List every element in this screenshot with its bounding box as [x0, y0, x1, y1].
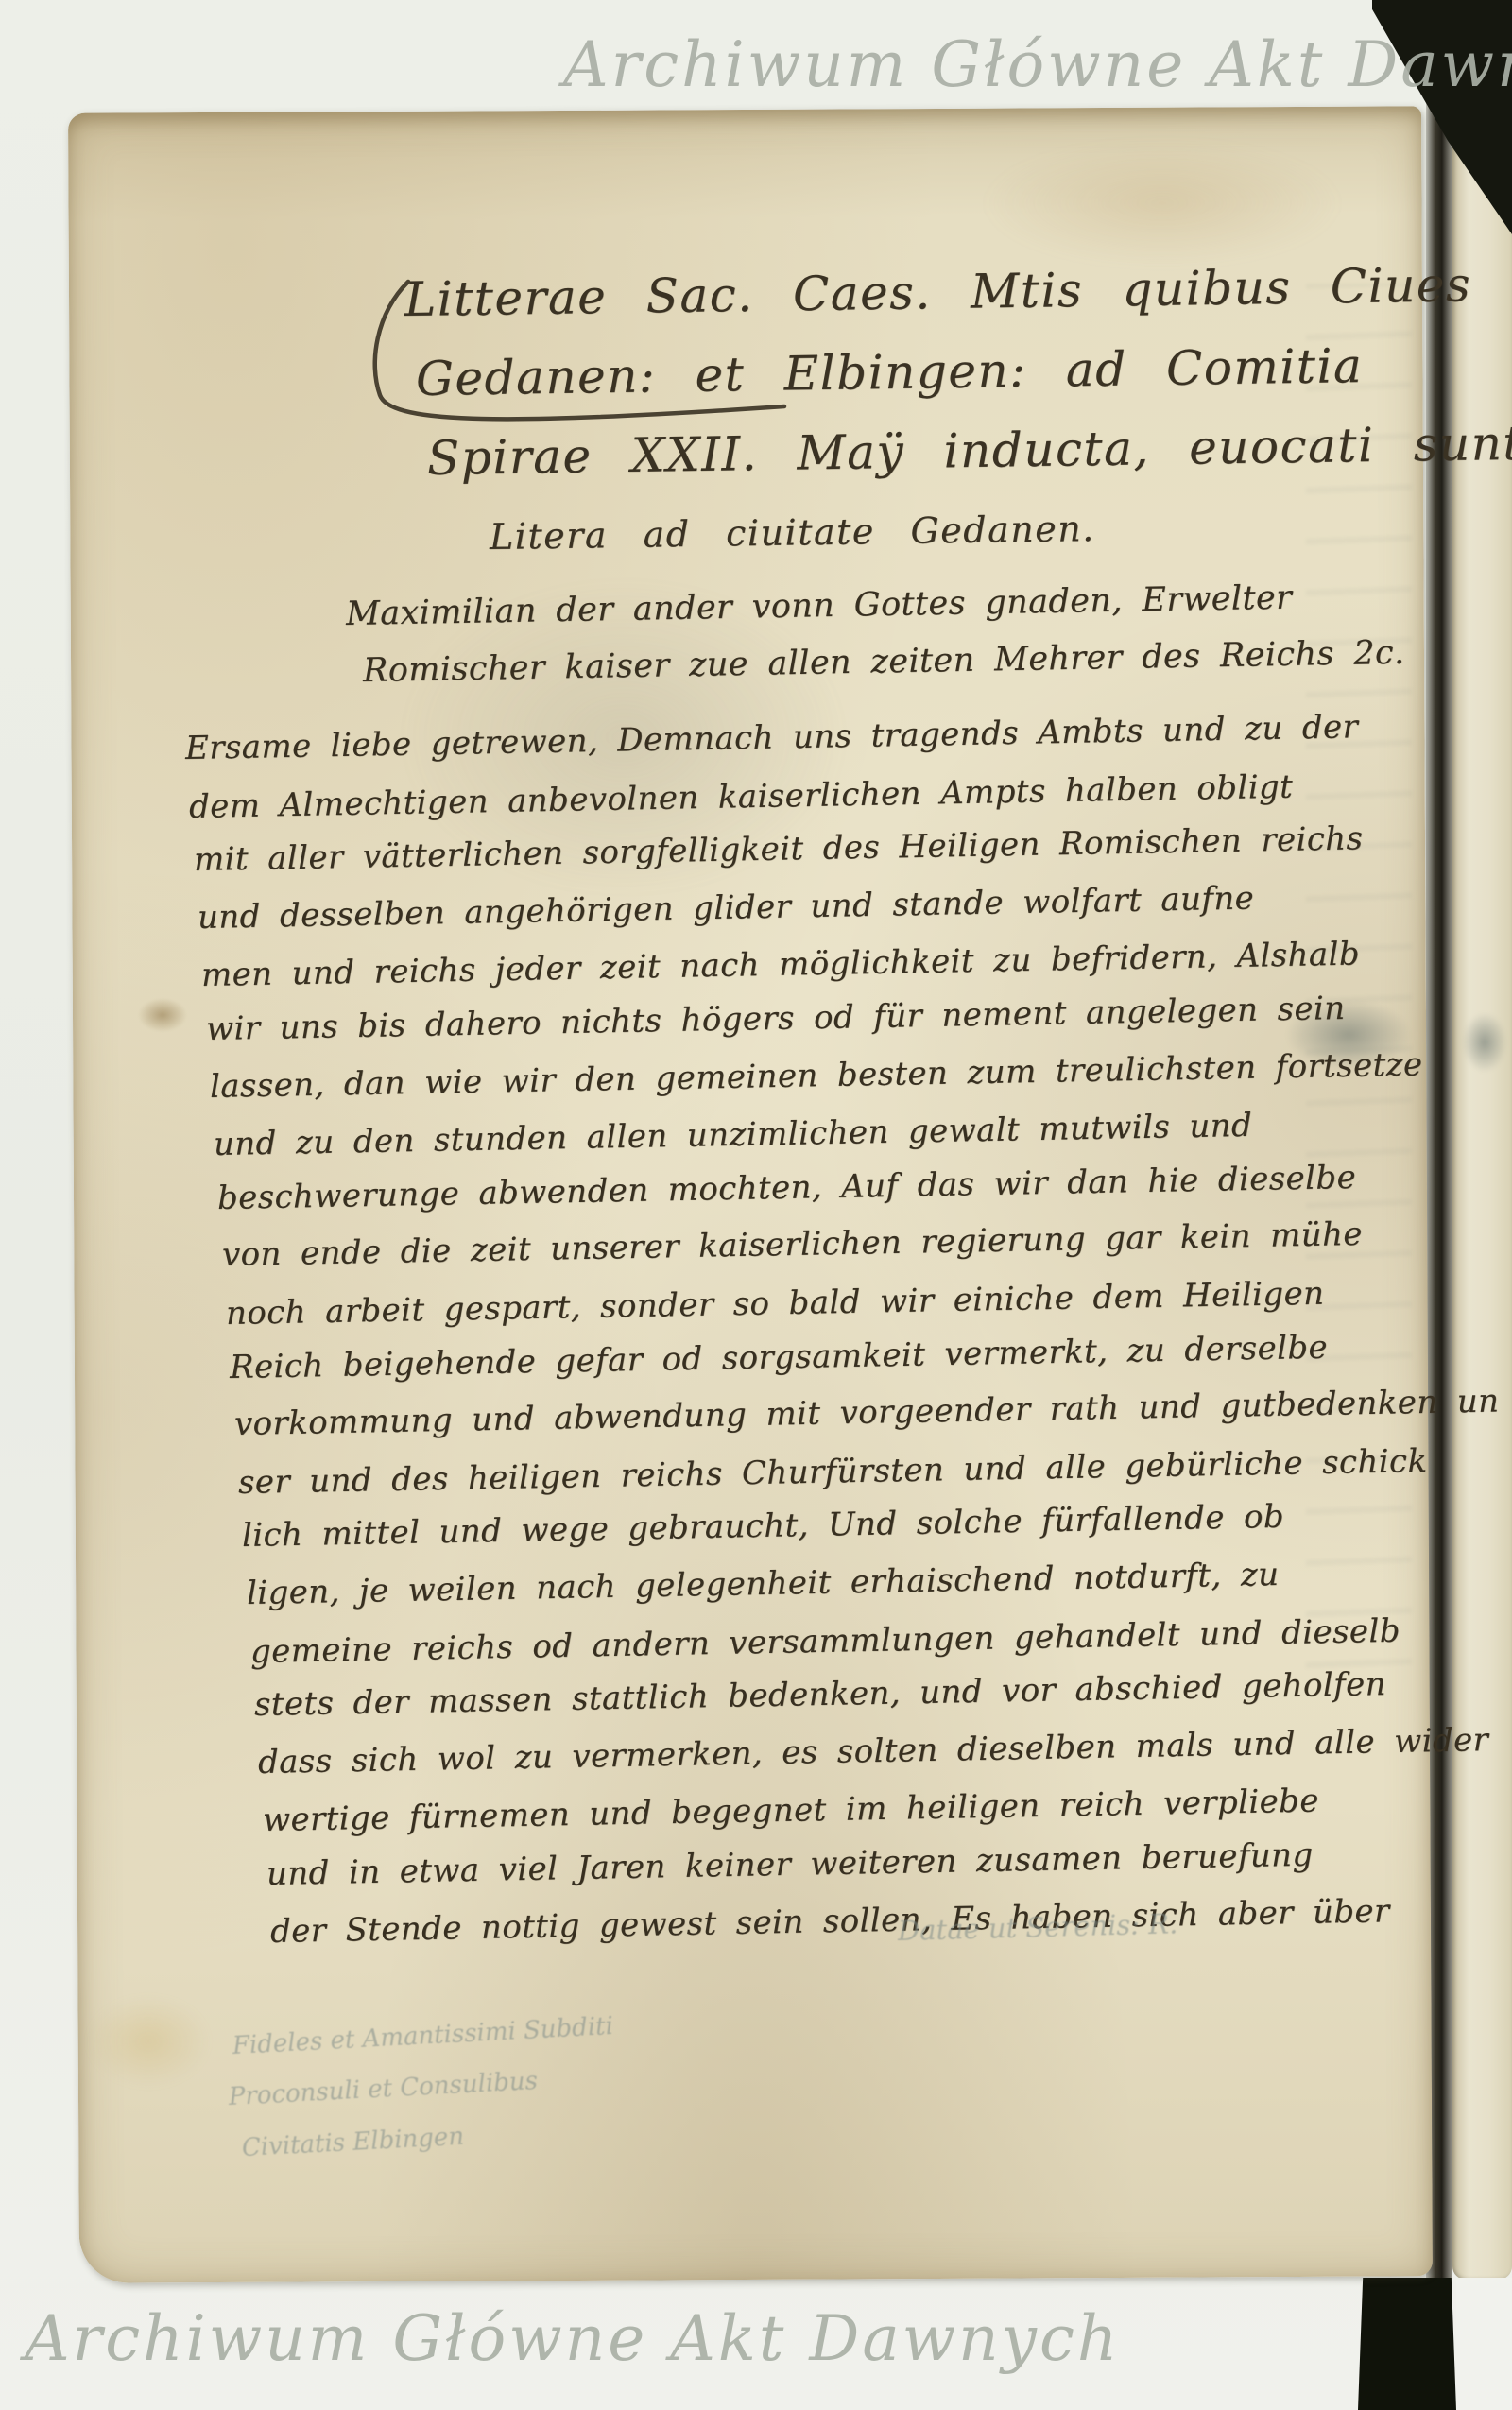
archive-watermark-top: Archiwum Główne Akt Dawnych [563, 28, 1512, 101]
archive-scan-viewport: Litterae Sac. Caes. Mtis quibus CiuesGed… [0, 0, 1512, 2410]
facing-page-edge [1452, 0, 1512, 2280]
facing-page-bottom-edge [1456, 2278, 1512, 2410]
archive-watermark-bottom: Archiwum Główne Akt Dawnych [25, 2302, 1120, 2375]
latin-heading-line: Litera ad ciuitate Gedanen. [490, 508, 1095, 558]
binding-spine-black [1358, 2278, 1456, 2410]
